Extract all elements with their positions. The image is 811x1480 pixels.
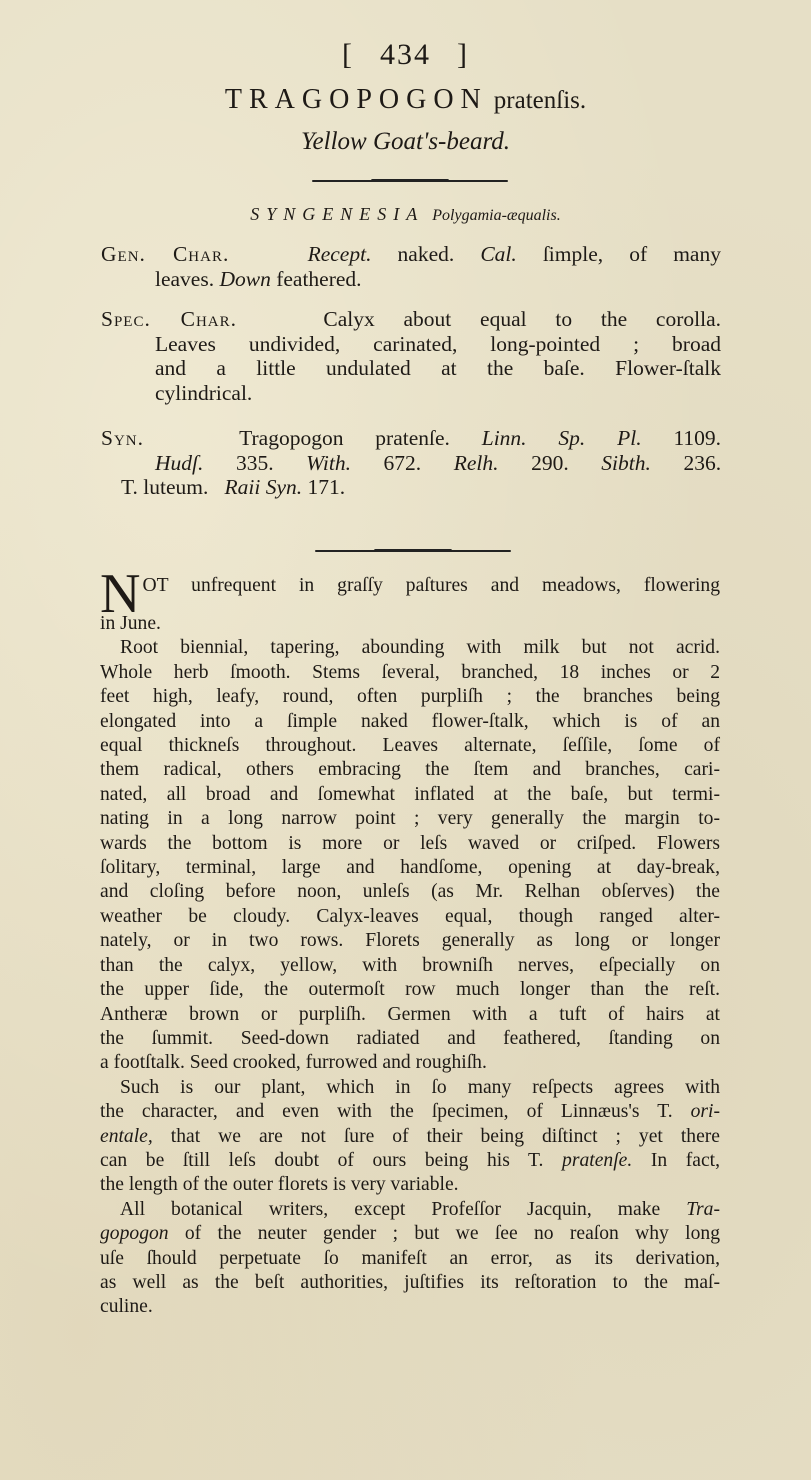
order-name: Polygamia-æqualis. [432,207,560,224]
body-line: wards the bottom is more or leſs waved o… [100,832,720,856]
body-line: nated, all broad and ſomewhat inflated a… [100,783,720,807]
ref-num: 672. [384,451,422,475]
body-line: the ſummit. Seed-down radiated and feath… [100,1027,720,1051]
body-line: weather be cloudy. Calyx-leaves equal, t… [100,905,720,929]
species-title: TRAGOPOGONpratenſis. [0,84,811,116]
gen-text: feathered. [271,267,362,291]
syn-name: T. luteum. [121,475,208,499]
body-text: that we are not ſure of their being diſt… [153,1126,720,1147]
term-recept: Recept. [308,242,372,266]
body-text: of the neuter gender ; but we ſee no rea… [169,1223,720,1244]
ref-num: 236. [683,451,721,475]
body-line: OT unfrequent in graſſy paſtures and mea… [100,572,720,598]
description-body: N OT unfrequent in graſſy paſtures and m… [100,572,720,1320]
body-line: culine. [100,1295,720,1319]
body-line: Root biennial, tapering, abounding with … [100,636,720,660]
body-italic: gopogon [100,1223,169,1244]
body-line: Such is our plant, which in ſo many reſp… [100,1076,720,1100]
term-down: Down [219,267,270,291]
body-line: than the calyx, yellow, with browniſh ne… [100,954,720,978]
body-italic: entale, [100,1126,153,1147]
body-line: equal thickneſs throughout. Leaves alter… [100,734,720,758]
body-line: Antheræ brown or purpliſh. Germen with a… [100,1003,720,1027]
syn-name: Tragopogon pratenſe. [239,426,450,450]
body-line: uſe ſhould perpetuate ſo manifeſt an err… [100,1247,720,1271]
spec-line: Calyx about equal to the corolla. [323,307,721,331]
gen-text: naked. [371,242,480,266]
body-line: a footſtalk. Seed crooked, furrowed and … [100,1051,720,1075]
synonyms: Syn. Tragopogon pratenſe. Linn. Sp. Pl. … [101,426,721,500]
body-italic: ori- [691,1101,720,1122]
divider-rule-middle [315,550,511,552]
body-text: In fact, [632,1150,720,1171]
syn-num: 171. [308,475,346,499]
body-line: nately, or in two rows. Florets generall… [100,929,720,953]
body-line: ſolitary, terminal, large and handſome, … [100,856,720,880]
ref-author: Hudſ. [155,451,203,475]
body-line: as well as the beſt authorities, juſtifi… [100,1271,720,1295]
divider-rule-top [312,180,508,182]
ref-num: 290. [531,451,569,475]
syn-label: Syn. [101,426,144,450]
syn-num: 1109. [673,426,721,450]
body-line: and cloſing before noon, unleſs (as Mr. … [100,880,720,904]
generic-character: Gen. Char. Recept. naked. Cal. ſimple, o… [101,242,721,291]
bracket-right: ] [457,38,469,72]
spec-line: and a little undulated at the baſe. Flow… [101,356,721,381]
book-page: [434] TRAGOPOGONpratenſis. Yellow Goat's… [0,0,811,1480]
body-line: the length of the outer florets is very … [100,1173,720,1197]
body-line: in June. [100,612,720,636]
bracket-left: [ [342,38,354,72]
ref-author: With. [306,451,351,475]
term-cal: Cal. [480,242,516,266]
body-line: Whole herb ſmooth. Stems ſeveral, branch… [100,661,720,685]
body-line: nating in a long narrow point ; very gen… [100,807,720,831]
gen-char-label: Gen. Char. [101,242,229,266]
syn-ref: Linn. Sp. Pl. [482,426,642,450]
body-text: All botanical writers, except Profeſſor … [120,1199,660,1220]
spec-line: cylindrical. [101,381,721,406]
ref-author: Sibth. [601,451,651,475]
specific-character: Spec. Char. Calyx about equal to the cor… [101,307,721,405]
species-name: pratenſis. [494,87,586,114]
body-line: them radical, others embracing the ſtem … [100,758,720,782]
page-number: [434] [0,38,811,72]
body-italic: pratenſe. [562,1150,632,1171]
body-line: the upper ſide, the outermoſt row much l… [100,978,720,1002]
common-name: Yellow Goat's-beard. [0,128,811,156]
body-text: the character, and even with the ſpecime… [100,1101,673,1122]
gen-text: ſimple, of many [517,242,721,266]
gen-text: leaves. [155,267,219,291]
class-name: SYNGENESIA [250,204,424,224]
spec-line: Leaves undivided, carinated, long-pointe… [101,332,721,357]
spec-char-label: Spec. Char. [101,307,237,331]
body-line: feet high, leafy, round, often purpliſh … [100,685,720,709]
body-text: can be ſtill leſs doubt of ours being hi… [100,1150,543,1171]
body-italic: Tra- [686,1199,720,1220]
ref-num: 335. [236,451,274,475]
page-number-value: 434 [380,38,431,71]
drop-cap: N [100,574,140,614]
syn-ref: Raii Syn. [225,475,303,499]
linnaean-classification: SYNGENESIAPolygamia-æqualis. [0,204,811,225]
ref-author: Relh. [454,451,499,475]
body-line: elongated into a ſimple naked flower-ſta… [100,710,720,734]
genus-name: TRAGOPOGON [225,84,488,115]
